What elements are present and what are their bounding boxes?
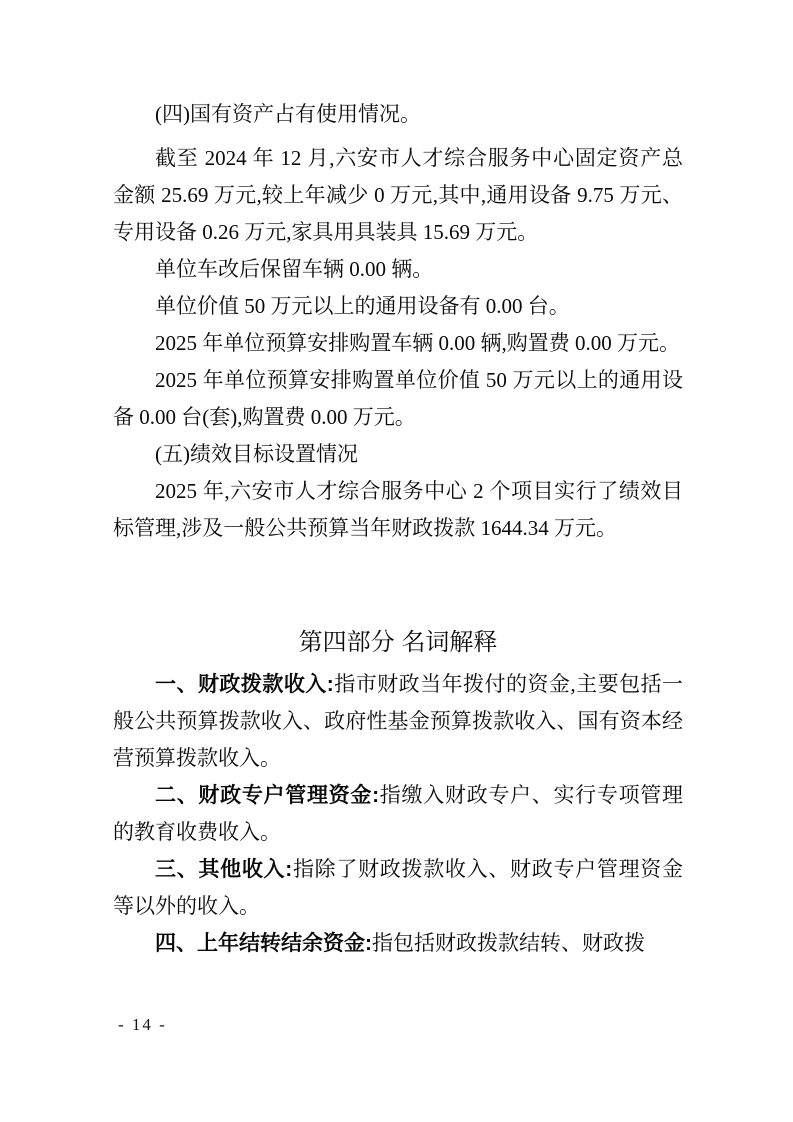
term-label: 四、上年结转结余资金:	[155, 932, 372, 955]
section-heading-state-assets: (四)国有资产占有使用情况。	[113, 96, 683, 133]
term-label: 二、财政专户管理资金:	[155, 784, 379, 807]
paragraph-retained-vehicles: 单位车改后保留车辆 0.00 辆。	[113, 251, 683, 288]
term-paragraph-fiscal-appropriation-income: 一、财政拨款收入:指市财政当年拨付的资金,主要包括一般公共预算拨款收入、政府性基…	[113, 666, 683, 777]
page-number: - 14 -	[118, 1014, 167, 1036]
page-content: (四)国有资产占有使用情况。 截至 2024 年 12 月,六安市人才综合服务中…	[113, 0, 683, 962]
paragraph-fixed-assets-total: 截至 2024 年 12 月,六安市人才综合服务中心固定资产总金额 25.69 …	[113, 140, 683, 251]
paragraph-2025-vehicle-purchase: 2025 年单位预算安排购置车辆 0.00 辆,购置费 0.00 万元。	[113, 325, 683, 362]
paragraph-2025-equipment-purchase: 2025 年单位预算安排购置单位价值 50 万元以上的通用设备 0.00 台(套…	[113, 362, 683, 436]
term-label: 一、财政拨款收入:	[155, 673, 334, 696]
term-paragraph-special-account-funds: 二、财政专户管理资金:指缴入财政专户、实行专项管理的教育收费收入。	[113, 777, 683, 851]
term-paragraph-carryover-funds: 四、上年结转结余资金:指包括财政拨款结转、财政拨	[113, 925, 683, 962]
term-definition: 指包括财政拨款结转、财政拨	[372, 931, 645, 955]
term-label: 三、其他收入:	[155, 858, 292, 881]
paragraph-performance-targets: 2025 年,六安市人才综合服务中心 2 个项目实行了绩效目标管理,涉及一般公共…	[113, 473, 683, 547]
paragraph-equipment-over-500k: 单位价值 50 万元以上的通用设备有 0.00 台。	[113, 288, 683, 325]
part4-title: 第四部分 名词解释	[113, 626, 683, 660]
term-paragraph-other-income: 三、其他收入:指除了财政拨款收入、财政专户管理资金等以外的收入。	[113, 851, 683, 925]
section-heading-performance-targets: (五)绩效目标设置情况	[113, 436, 683, 473]
document-page: (四)国有资产占有使用情况。 截至 2024 年 12 月,六安市人才综合服务中…	[0, 0, 793, 1122]
